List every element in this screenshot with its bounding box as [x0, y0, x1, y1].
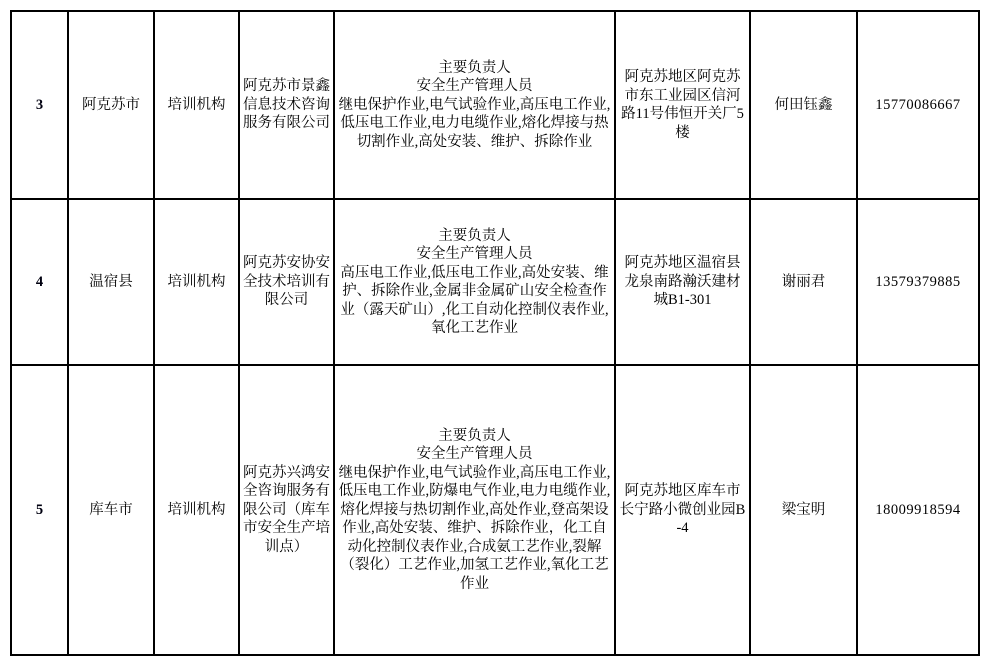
- cell-org-type: 培训机构: [154, 11, 239, 199]
- cell-address: 阿克苏地区库车市长宁路小微创业园B-4: [615, 365, 750, 655]
- cell-row-number: 5: [11, 365, 68, 655]
- table-row: 3 阿克苏市 培训机构 阿克苏市景鑫信息技术咨询服务有限公司 主要负责人 安全生…: [11, 11, 979, 199]
- cell-contact-person: 何田钰鑫: [750, 11, 857, 199]
- cell-row-number: 4: [11, 199, 68, 365]
- cell-address: 阿克苏地区温宿县龙泉南路瀚沃建材城B1-301: [615, 199, 750, 365]
- cell-contact-person: 梁宝明: [750, 365, 857, 655]
- cell-training-scope: 主要负责人 安全生产管理人员 继电保护作业,电气试验作业,高压电工作业,低压电工…: [334, 11, 615, 199]
- table-row: 4 温宿县 培训机构 阿克苏安协安全技术培训有限公司 主要负责人 安全生产管理人…: [11, 199, 979, 365]
- cell-address: 阿克苏地区阿克苏市东工业园区信河路11号伟恒开关厂5楼: [615, 11, 750, 199]
- cell-org-name: 阿克苏安协安全技术培训有限公司: [239, 199, 334, 365]
- cell-phone: 13579379885: [857, 199, 979, 365]
- cell-phone: 15770086667: [857, 11, 979, 199]
- cell-contact-person: 谢丽君: [750, 199, 857, 365]
- cell-region: 温宿县: [68, 199, 154, 365]
- cell-training-scope: 主要负责人 安全生产管理人员 继电保护作业,电气试验作业,高压电工作业,低压电工…: [334, 365, 615, 655]
- cell-region: 库车市: [68, 365, 154, 655]
- training-orgs-table-container: 3 阿克苏市 培训机构 阿克苏市景鑫信息技术咨询服务有限公司 主要负责人 安全生…: [10, 10, 980, 655]
- cell-row-number: 3: [11, 11, 68, 199]
- training-orgs-table: 3 阿克苏市 培训机构 阿克苏市景鑫信息技术咨询服务有限公司 主要负责人 安全生…: [10, 10, 980, 655]
- cell-org-type: 培训机构: [154, 199, 239, 365]
- table-row: 5 库车市 培训机构 阿克苏兴鸿安全咨询服务有限公司（库车市安全生产培训点） 主…: [11, 365, 979, 655]
- cell-org-name: 阿克苏市景鑫信息技术咨询服务有限公司: [239, 11, 334, 199]
- cell-org-name: 阿克苏兴鸿安全咨询服务有限公司（库车市安全生产培训点）: [239, 365, 334, 655]
- cell-org-type: 培训机构: [154, 365, 239, 655]
- cell-training-scope: 主要负责人 安全生产管理人员 高压电工作业,低压电工作业,高处安装、维护、拆除作…: [334, 199, 615, 365]
- cell-region: 阿克苏市: [68, 11, 154, 199]
- cell-phone: 18009918594: [857, 365, 979, 655]
